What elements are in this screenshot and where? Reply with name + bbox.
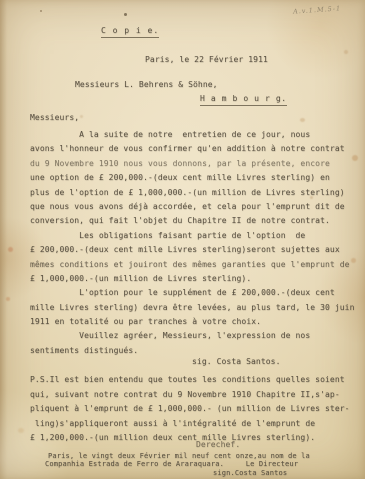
addressee: Messieurs L. Behrens & Söhne, bbox=[75, 81, 218, 89]
footer-line: Companhia Estrada de Ferro de Araraquara… bbox=[45, 460, 298, 468]
postscript: P.S.Il est bien entendu que toutes les c… bbox=[30, 375, 350, 448]
stain-spot bbox=[80, 115, 83, 118]
body-line: 1911 en totalité ou par tranches à votre… bbox=[30, 317, 354, 331]
body-line: une option de £ 200,000.-(deux cent mill… bbox=[30, 173, 354, 187]
letter-page: A.v.1.M.5-1 C o p i e. Paris, le 22 Févr… bbox=[0, 0, 365, 479]
stain-spot bbox=[8, 247, 13, 252]
body-line: L'option pour le supplément de £ 200,000… bbox=[30, 288, 354, 302]
letter-body: A la suite de notre entretien de ce jour… bbox=[30, 130, 354, 360]
body-line: avons l'honneur de vous confirmer qu'en … bbox=[30, 144, 354, 158]
stain-spot bbox=[18, 428, 24, 433]
body-line: que nous vous avons déjà accordée, et ce… bbox=[30, 202, 354, 216]
body-line: conversion, qui fait l'objet du Chapitre… bbox=[30, 216, 354, 230]
footer-line: Paris, le vingt deux Février mil neuf ce… bbox=[48, 452, 310, 460]
postscript-line: ling)s'appliqueront aussi à l'intégralit… bbox=[30, 419, 350, 434]
addressee-city: H a m b o u r g. bbox=[200, 95, 287, 106]
body-line: plus de l'option de £ 1,000,000.-(un mil… bbox=[30, 188, 354, 202]
footer-signature: sign.Costa Santos bbox=[213, 469, 287, 477]
derechef-note: Derechef. bbox=[196, 441, 240, 449]
postscript-line: P.S.Il est bien entendu que toutes les c… bbox=[30, 375, 350, 390]
body-line: mille Livres sterling) devra être levées… bbox=[30, 303, 354, 317]
body-line: du 9 Novembre 1910 nous vous donnons, pa… bbox=[30, 159, 354, 173]
postscript-line: pliquent à l'emprunt de £ 1,000,000.- (u… bbox=[30, 404, 350, 419]
signature: sig. Costa Santos. bbox=[192, 358, 281, 366]
postscript-line: qui, suivant notre contrat du 9 Novembre… bbox=[30, 390, 350, 405]
body-line: Veuillez agréer, Messieurs, l'expression… bbox=[30, 331, 354, 345]
copy-label: C o p i e. bbox=[101, 27, 159, 38]
body-line: £ 200,000.-(deux cent mille Livres sterl… bbox=[30, 245, 354, 259]
stain-spot bbox=[6, 297, 10, 301]
postscript-line: £ 1,200,000.-(un million deux cent mille… bbox=[30, 433, 350, 448]
body-line: mêmes conditions et jouiront des mêmes g… bbox=[30, 260, 354, 274]
body-line: A la suite de notre entretien de ce jour… bbox=[30, 130, 354, 144]
body-line: Les obligations faisant partie de l'opti… bbox=[30, 231, 354, 245]
stain-spot bbox=[344, 50, 348, 54]
salutation: Messieurs, bbox=[30, 114, 79, 122]
body-line: £ 1,000,000.-(un million de Livres sterl… bbox=[30, 274, 354, 288]
stain-spot bbox=[300, 118, 305, 122]
stain-spot bbox=[124, 13, 127, 16]
stain-spot bbox=[40, 10, 42, 12]
handwritten-annotation: A.v.1.M.5-1 bbox=[293, 4, 342, 15]
dateline: Paris, le 22 Février 1911 bbox=[145, 56, 268, 64]
